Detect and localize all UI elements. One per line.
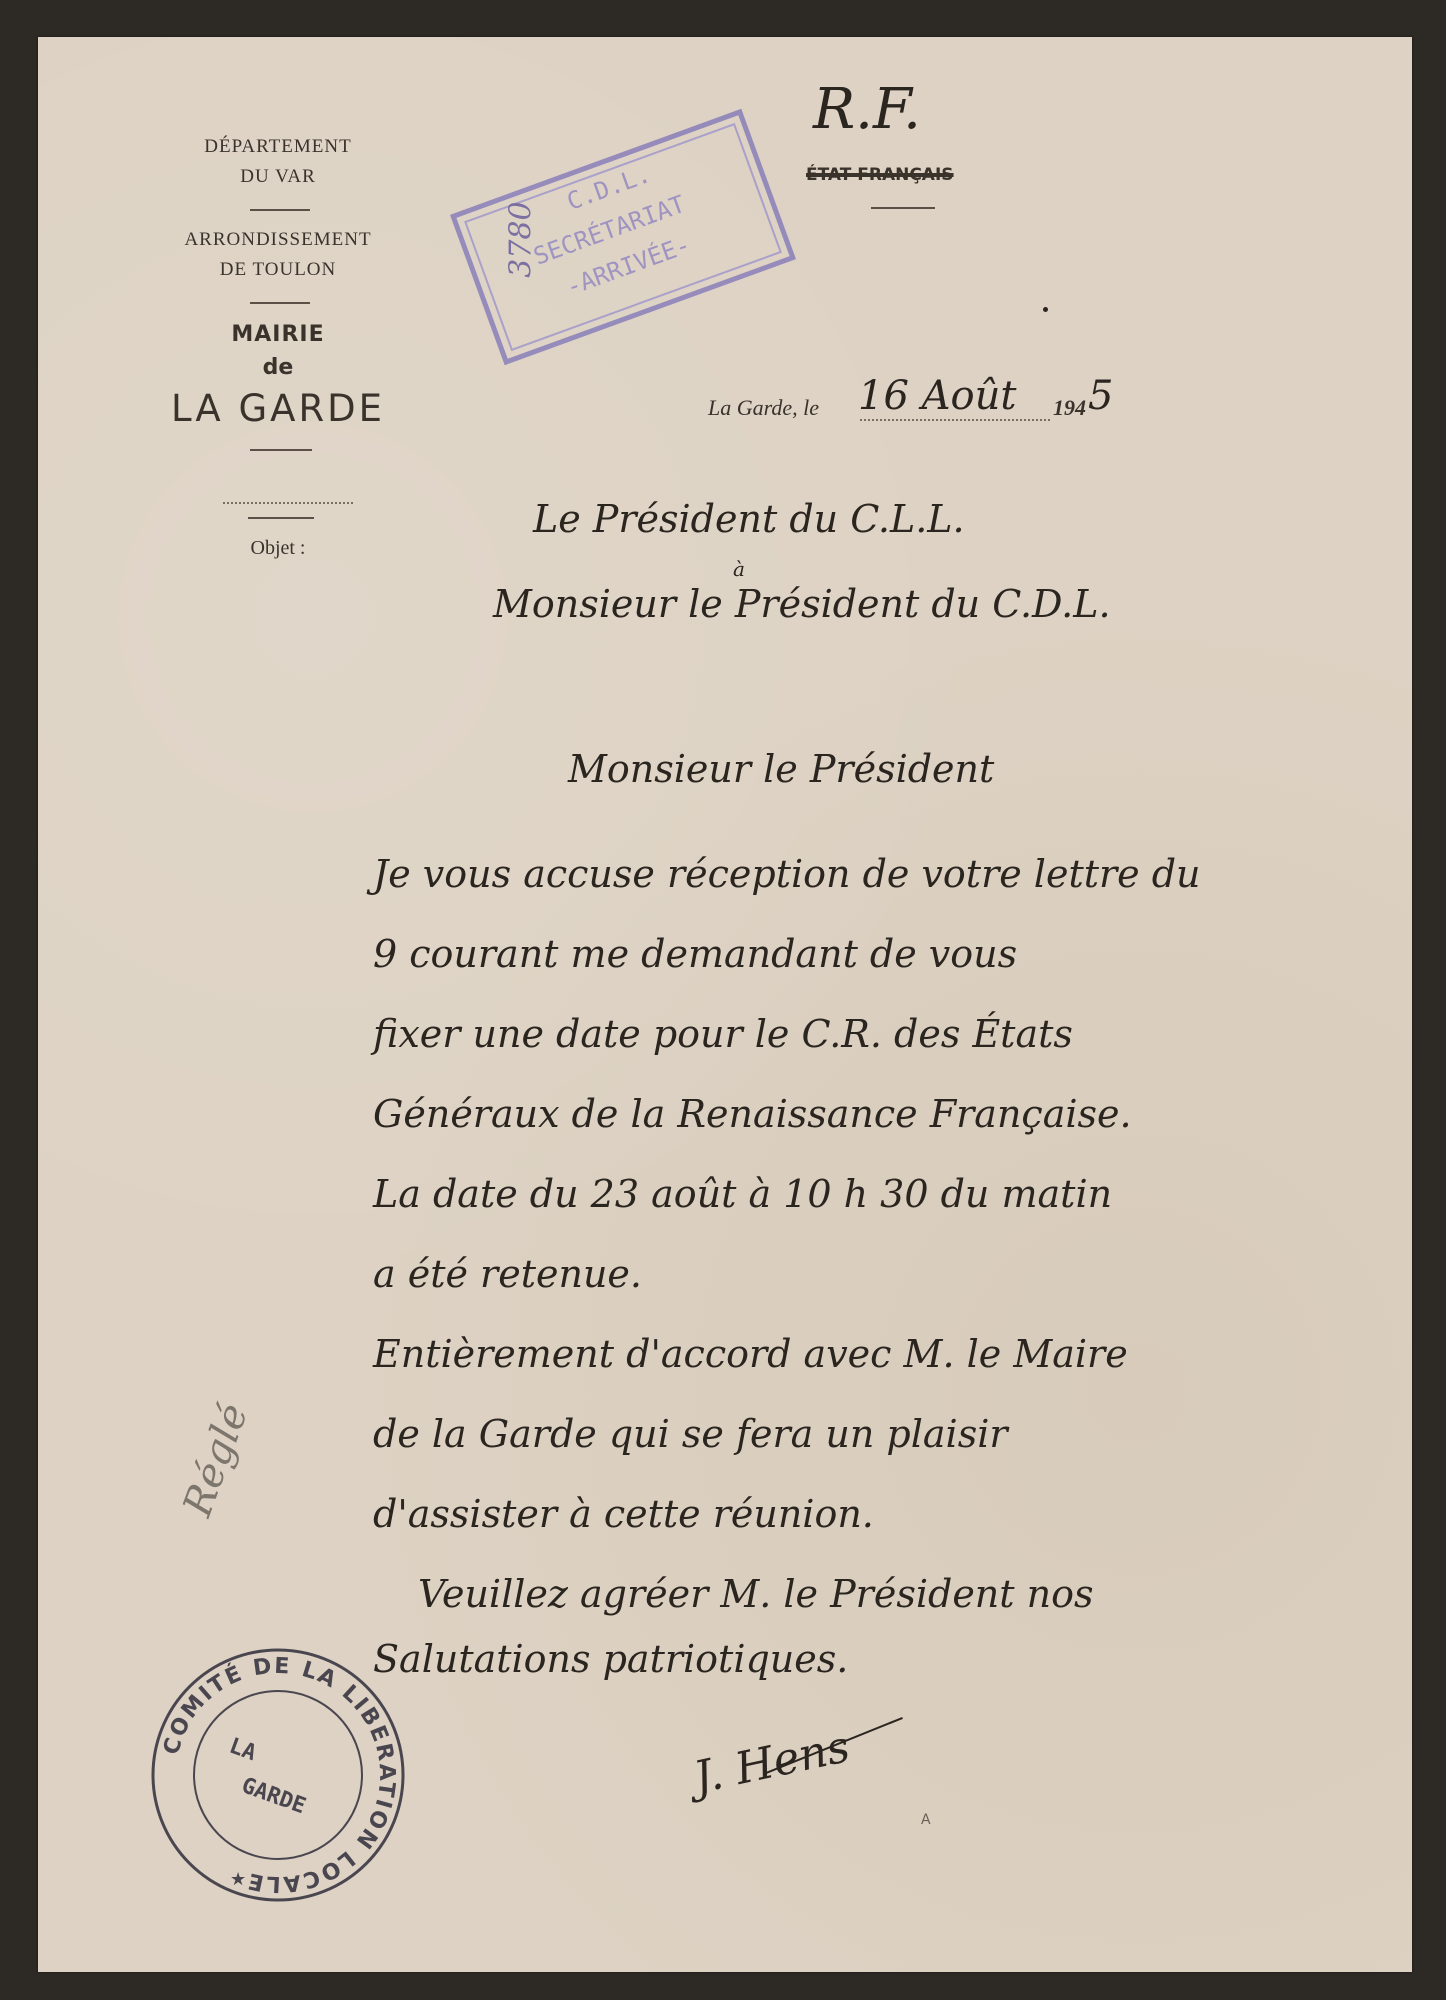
- date-year-printed: 194: [1053, 395, 1086, 421]
- round-stamp-graphic: COMITÉ DE LA LIBERATION LOCALE LA GARDE …: [148, 1645, 408, 1905]
- date-dotted-line: [860, 419, 1050, 421]
- dotted-line: [223, 502, 353, 504]
- comite-liberation-stamp: COMITÉ DE LA LIBERATION LOCALE LA GARDE …: [148, 1645, 408, 1905]
- de-label: de: [148, 355, 408, 380]
- divider: [250, 302, 310, 304]
- date-day-month: 16 Août: [858, 373, 1016, 419]
- from-line: Le Président du C.L.L.: [533, 497, 965, 541]
- body-line: 9 courant me demandant de vous: [373, 932, 1017, 976]
- salutation: Monsieur le Président: [568, 747, 994, 791]
- divider: [871, 207, 935, 209]
- date-year-hand: 5: [1088, 373, 1113, 419]
- body-line: de la Garde qui se fera un plaisir: [373, 1412, 1008, 1456]
- objet-label: Objet :: [148, 537, 408, 560]
- body-line: Veuillez agréer M. le Président nos: [418, 1572, 1093, 1616]
- body-line: Entièrement d'accord avec M. le Maire: [373, 1332, 1128, 1376]
- body-line: a été retenue.: [373, 1252, 642, 1296]
- etat-francais-struck: ÉTAT FRANÇAIS: [806, 165, 954, 185]
- body-line: fixer une date pour le C.R. des États: [373, 1012, 1073, 1056]
- body-line: d'assister à cette réunion.: [373, 1492, 874, 1536]
- stamp-number: 3780: [503, 201, 538, 277]
- registration-stamp: 3780 C.D.L. SECRÉTARIAT -ARRIVÉE-: [450, 109, 796, 365]
- de-toulon-text: DE TOULON: [148, 255, 408, 285]
- body-line: Généraux de la Renaissance Française.: [373, 1092, 1132, 1136]
- a-preposition: à: [733, 557, 745, 581]
- mairie-label: MAIRIE: [148, 322, 408, 347]
- la-garde-title: LA GARDE: [148, 387, 408, 430]
- to-line: Monsieur le Président du C.D.L.: [493, 582, 1111, 626]
- svg-text:★: ★: [230, 1869, 246, 1890]
- rf-handwritten: R.F.: [813, 77, 921, 142]
- ink-dot: [1043, 307, 1048, 312]
- corner-mark: A: [921, 1812, 931, 1828]
- divider: [250, 449, 312, 451]
- letterhead-departement: DÉPARTEMENT DU VAR: [148, 132, 408, 192]
- divider: [248, 517, 314, 519]
- svg-text:LA: LA: [226, 1734, 259, 1767]
- dateline-place: La Garde, le: [708, 395, 819, 421]
- letterhead-arrondissement: ARRONDISSEMENT DE TOULON: [148, 225, 408, 285]
- divider: [250, 209, 310, 211]
- body-line: Salutations patriotiques.: [373, 1637, 848, 1681]
- signature: J. Hens: [689, 1721, 854, 1804]
- margin-note-regle: Réglé: [175, 1398, 258, 1523]
- body-line: Je vous accuse réception de votre lettre…: [373, 852, 1201, 896]
- arrondissement-text: ARRONDISSEMENT: [148, 225, 408, 255]
- svg-text:GARDE: GARDE: [238, 1773, 309, 1819]
- letter-page: DÉPARTEMENT DU VAR ARRONDISSEMENT DE TOU…: [38, 37, 1412, 1972]
- dateline: La Garde, le 16 Août 194 5: [708, 377, 1178, 427]
- body-line: La date du 23 août à 10 h 30 du matin: [373, 1172, 1112, 1216]
- departement-text: DÉPARTEMENT: [148, 132, 408, 162]
- du-var-text: DU VAR: [148, 162, 408, 192]
